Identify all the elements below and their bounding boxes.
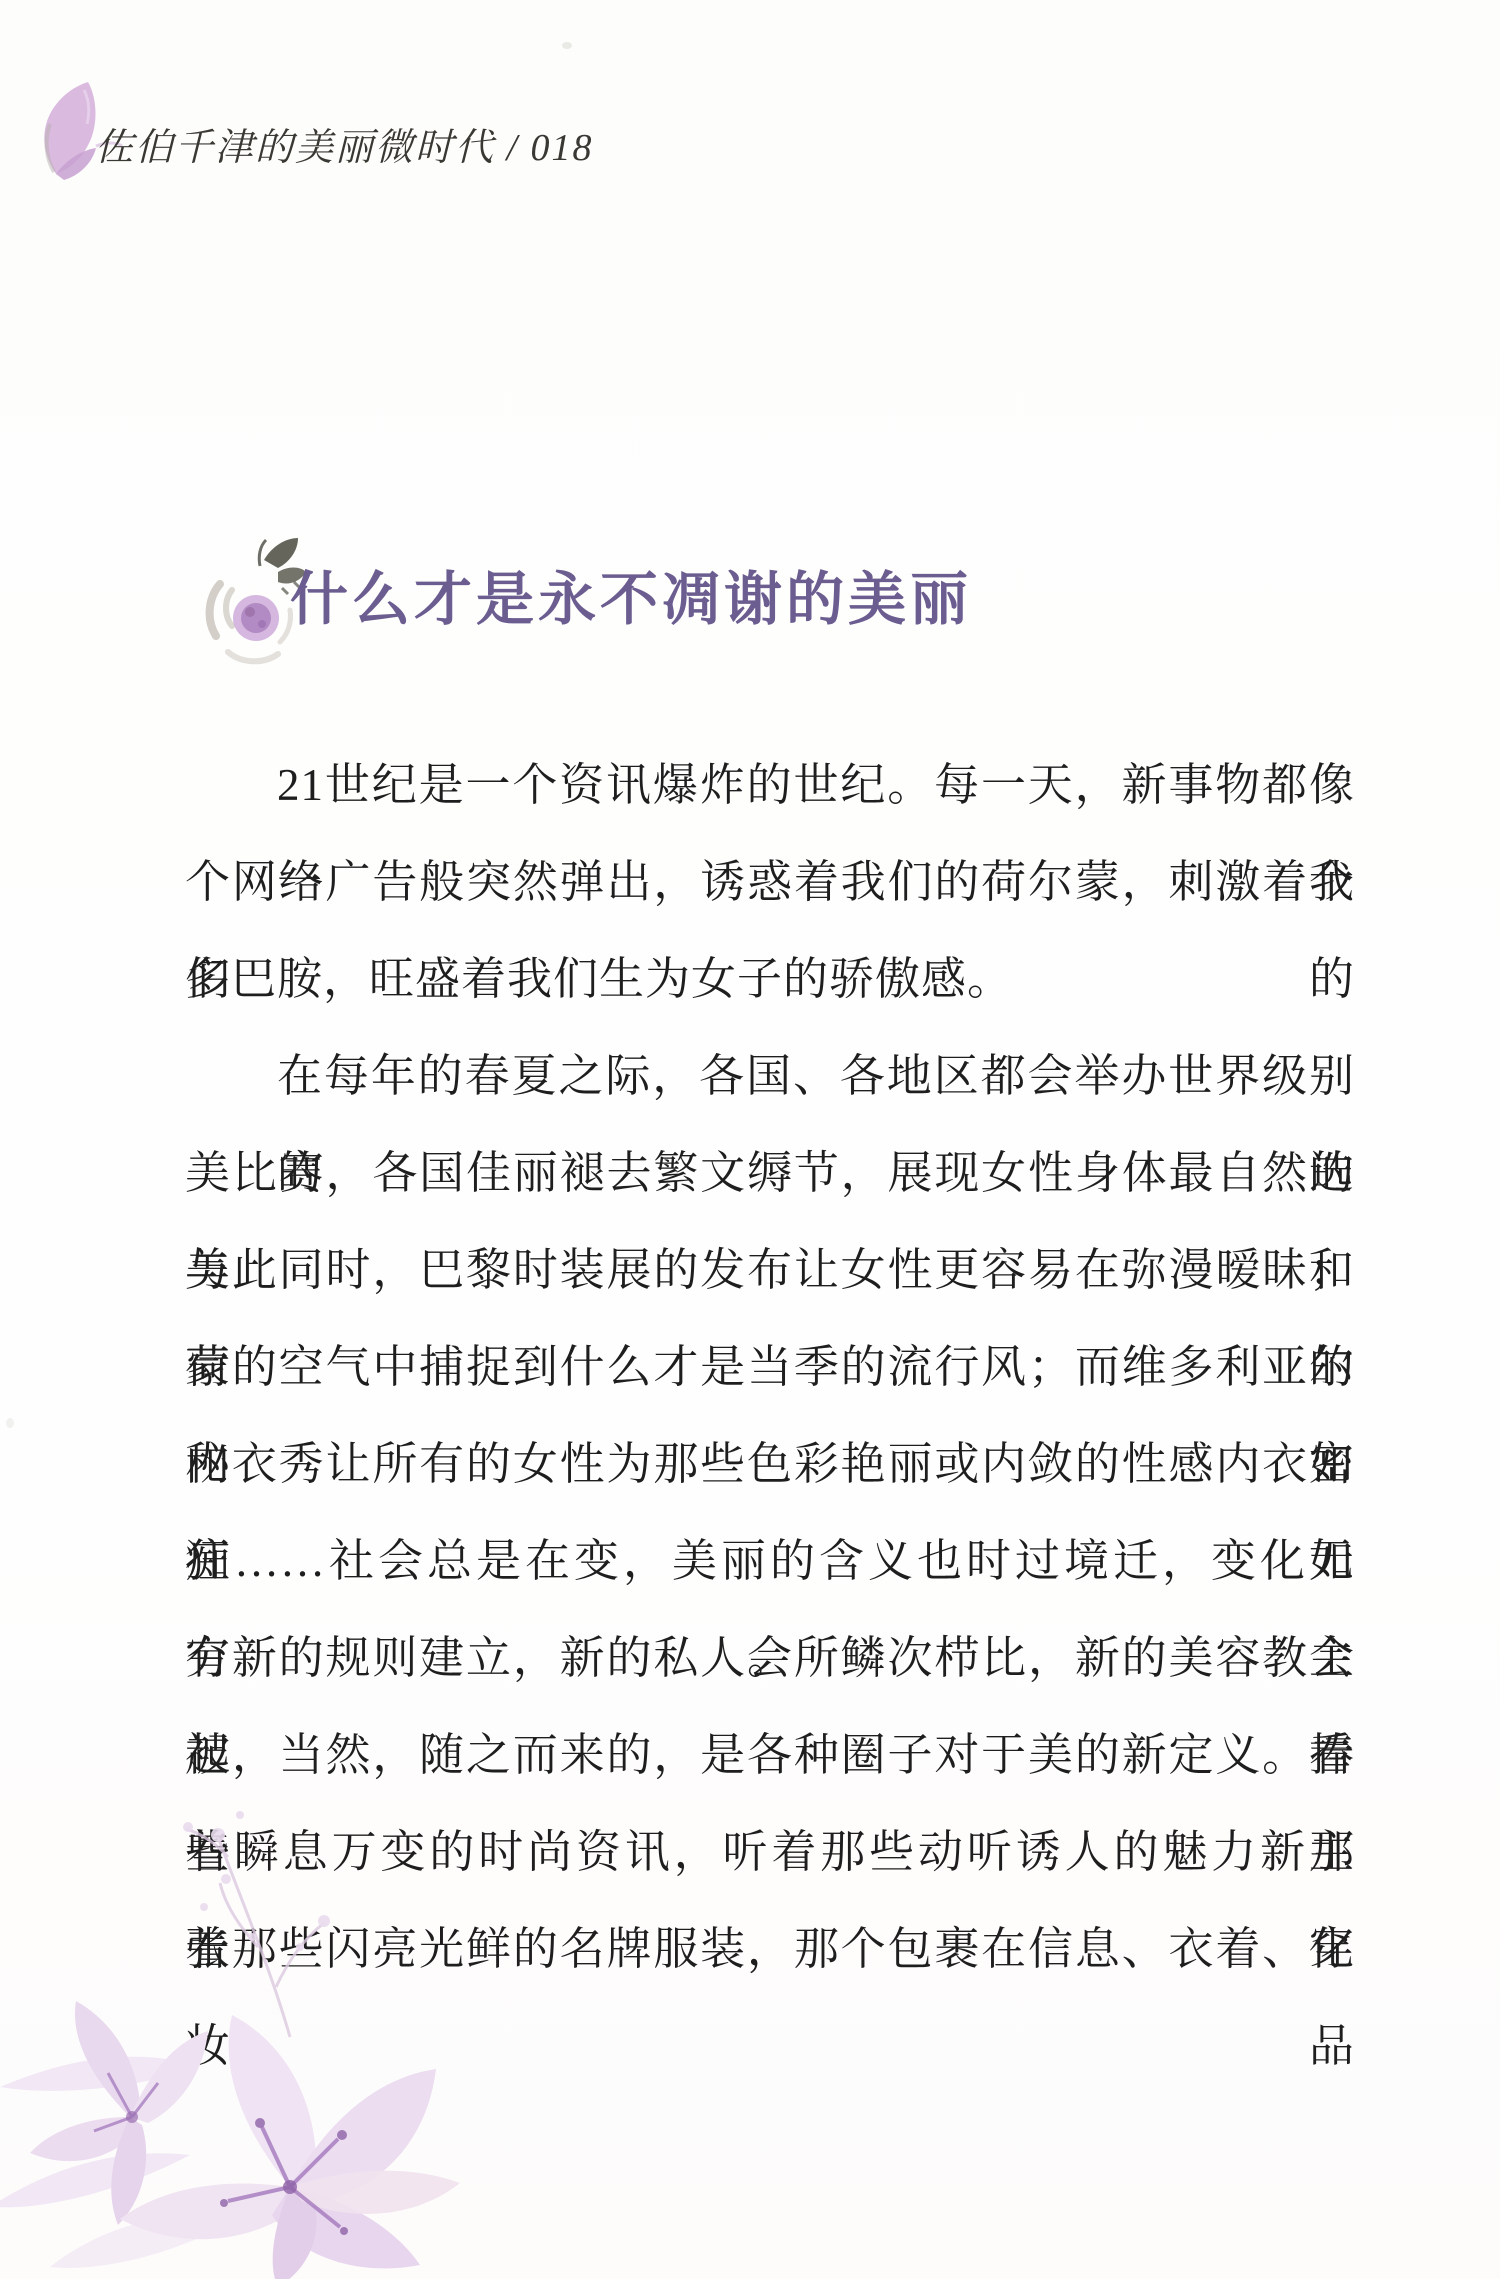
body-line: 狂……社会总是在变，美丽的含义也时过境迁，变化无穷。会: [185, 1513, 1355, 1610]
body-line: 美比赛，各国佳丽褪去繁文缛节，展现女性身体最自然的美；: [185, 1125, 1355, 1222]
body-line: 内衣秀让所有的女性为那些色彩艳丽或内敛的性感内衣如痴如: [185, 1416, 1355, 1513]
scan-speck: [6, 1418, 14, 1428]
book-page: 佐伯千津的美丽微时代 / 018 什么才是永不凋谢的美丽 21世纪是一个资讯爆炸…: [0, 0, 1500, 2279]
body-line: 有新的规则建立，新的私人会所鳞次栉比，新的美容教主被捧: [185, 1610, 1355, 1707]
body-line: 在每年的春夏之际，各国、各地区都会举办世界级别的选: [185, 1028, 1355, 1125]
body-line: 个网络广告般突然弹出，诱惑着我们的荷尔蒙，刺激着我们的: [185, 834, 1355, 931]
section-title: 什么才是永不凋谢的美丽: [290, 552, 972, 636]
lily-flower-ornament: [0, 1787, 470, 2279]
page-header: 佐伯千津的美丽微时代 / 018: [0, 0, 1500, 220]
scan-speck: [562, 42, 572, 49]
body-line: 21世纪是一个资讯爆炸的世纪。每一天，新事物都像一个: [185, 737, 1355, 834]
body-line: 蒙的空气中捕捉到什么才是当季的流行风；而维多利亚的秘密: [185, 1319, 1355, 1416]
running-header-title: 佐伯千津的美丽微时代 / 018: [95, 116, 594, 171]
body-line: 与此同时，巴黎时装展的发布让女性更容易在弥漫暧昧和荷尔: [185, 1222, 1355, 1319]
